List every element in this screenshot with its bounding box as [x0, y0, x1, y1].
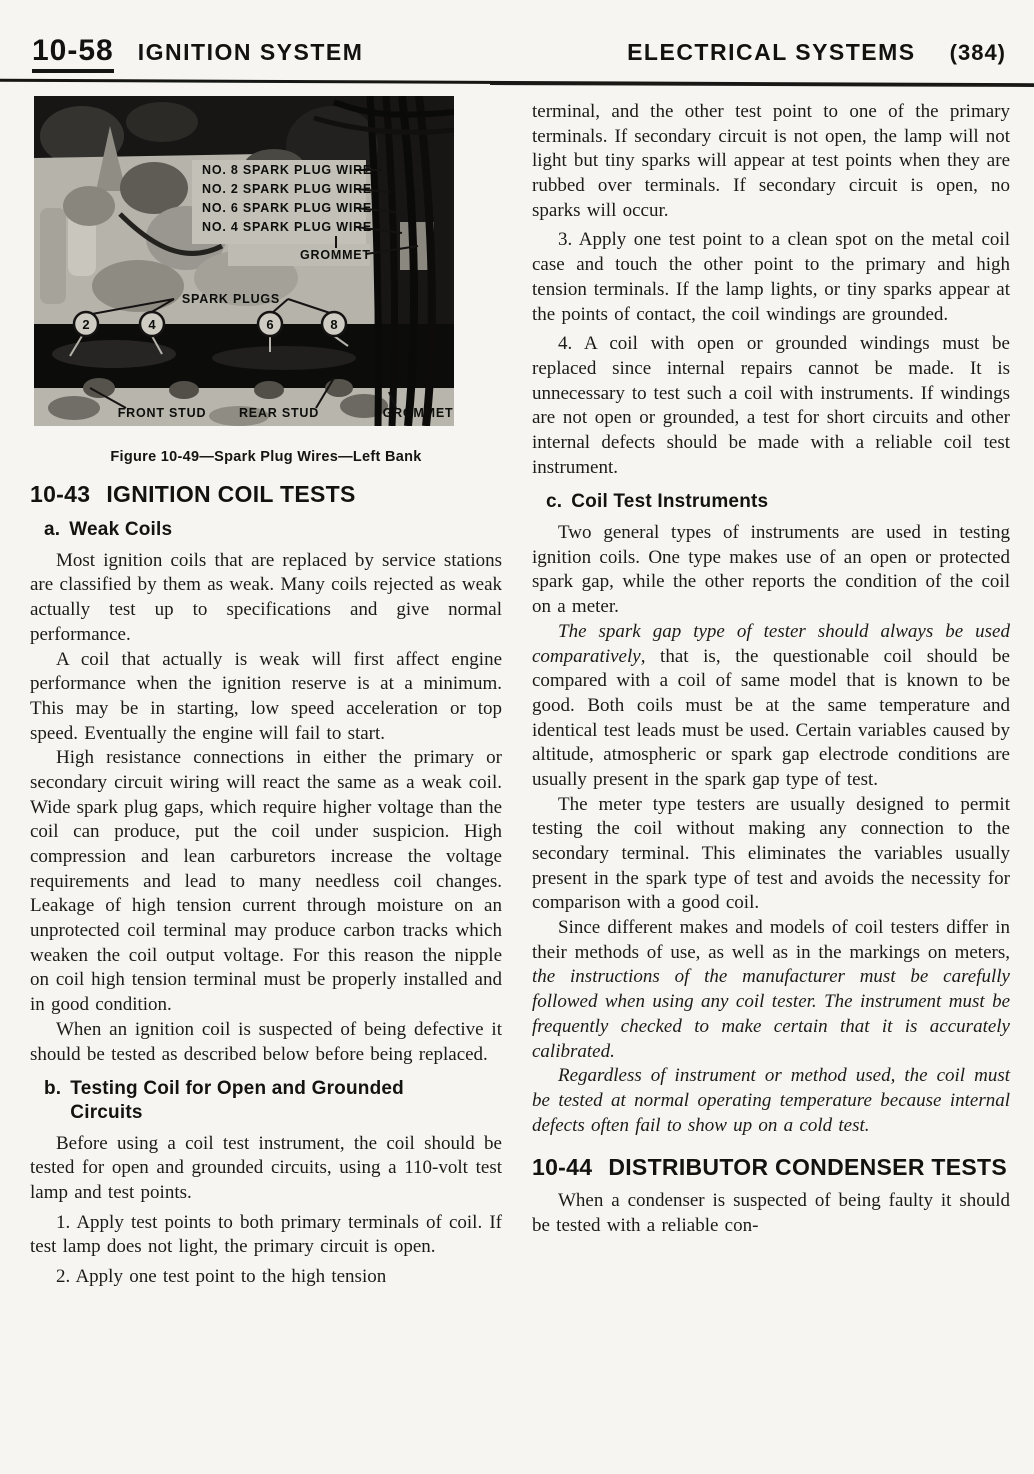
paragraph-condenser: When a condenser is suspected of being f…	[532, 1189, 1010, 1238]
label-no4-wire: NO. 4 SPARK PLUG WIRE	[202, 220, 372, 234]
header-right-title: ELECTRICAL SYSTEMS	[627, 39, 916, 66]
subsection-letter: c.	[546, 490, 562, 514]
paragraph-spark-gap: The spark gap type of tester should alwa…	[532, 620, 1010, 793]
label-grommet-top: GROMMET	[300, 248, 371, 262]
plug-number-2: 2	[82, 317, 89, 332]
left-column: NO. 8 SPARK PLUG WIRE NO. 2 SPARK PLUG W…	[30, 96, 502, 1290]
subsection-title: Weak Coils	[69, 518, 172, 542]
numbered-step-2-continuation: terminal, and the other test point to on…	[532, 100, 1010, 223]
page-number: 10-58	[32, 34, 114, 73]
subsection-c-heading: c. Coil Test Instruments	[546, 490, 1010, 514]
section-heading-10-43: 10-43 IGNITION COIL TESTS	[30, 481, 502, 508]
plug-number-4: 4	[148, 317, 156, 332]
numbered-step-1: 1. Apply test points to both primary ter…	[30, 1211, 502, 1260]
header-left-title: IGNITION SYSTEM	[138, 39, 364, 66]
header-page-ref: (384)	[950, 40, 1006, 66]
section-number: 10-44	[532, 1154, 592, 1181]
section-number: 10-43	[30, 481, 90, 508]
plug-number-8: 8	[330, 317, 337, 332]
italic-emphasis: the instructions of the manufacturer mus…	[532, 966, 1010, 1061]
paragraph-weak-coils-3: High resistance connections in either th…	[30, 746, 502, 1018]
spark-plug-wires-photo: NO. 8 SPARK PLUG WIRE NO. 2 SPARK PLUG W…	[34, 96, 454, 426]
paragraph-regardless: Regardless of instrument or method used,…	[532, 1064, 1010, 1138]
manual-page: 10-58 IGNITION SYSTEM ELECTRICAL SYSTEMS…	[0, 0, 1034, 1474]
page-header: 10-58 IGNITION SYSTEM ELECTRICAL SYSTEMS…	[32, 34, 1006, 73]
label-spark-plugs: SPARK PLUGS	[182, 292, 280, 306]
label-no8-wire: NO. 8 SPARK PLUG WIRE	[202, 163, 372, 177]
subsection-title: Testing Coil for Open and Grounded Circu…	[70, 1077, 470, 1125]
paragraph-two-types: Two general types of instruments are use…	[532, 521, 1010, 620]
paragraph-spark-gap-rest: , that is, the questionable coil should …	[532, 646, 1010, 790]
subsection-letter: b.	[44, 1077, 61, 1125]
header-left: 10-58 IGNITION SYSTEM	[32, 34, 363, 73]
label-no6-wire: NO. 6 SPARK PLUG WIRE	[202, 201, 372, 215]
paragraph-test-lamp: Before using a coil test instrument, the…	[30, 1132, 502, 1206]
section-title: IGNITION COIL TESTS	[106, 481, 355, 508]
paragraph-weak-coils-4: When an ignition coil is suspected of be…	[30, 1018, 502, 1067]
label-no2-wire: NO. 2 SPARK PLUG WIRE	[202, 182, 372, 196]
paragraph-weak-coils-1: Most ignition coils that are replaced by…	[30, 549, 502, 648]
right-column: terminal, and the other test point to on…	[532, 100, 1010, 1239]
figure-caption: Figure 10-49—Spark Plug Wires—Left Bank	[36, 449, 496, 465]
label-grommet-bottom: GROMMET	[383, 406, 454, 420]
paragraph-weak-coils-2: A coil that actually is weak will first …	[30, 648, 502, 747]
subsection-a-heading: a. Weak Coils	[44, 518, 502, 542]
figure-10-49: NO. 8 SPARK PLUG WIRE NO. 2 SPARK PLUG W…	[34, 96, 502, 431]
section-heading-10-44: 10-44 DISTRIBUTOR CONDENSER TESTS	[532, 1154, 1010, 1181]
paragraph-since-different: Since different makes and models of coil…	[532, 916, 1010, 1064]
numbered-step-4: 4. A coil with open or grounded windings…	[532, 332, 1010, 480]
plug-number-6: 6	[266, 317, 273, 332]
subsection-title: Coil Test Instruments	[571, 490, 768, 514]
numbered-step-3: 3. Apply one test point to a clean spot …	[532, 228, 1010, 327]
numbered-step-2-start: 2. Apply one test point to the high tens…	[30, 1265, 502, 1290]
label-front-stud: FRONT STUD	[118, 406, 207, 420]
header-right: ELECTRICAL SYSTEMS (384)	[627, 39, 1006, 66]
paragraph-meter-testers: The meter type testers are usually desig…	[532, 793, 1010, 916]
section-title: DISTRIBUTOR CONDENSER TESTS	[608, 1154, 1007, 1181]
label-rear-stud: REAR STUD	[239, 406, 319, 420]
subsection-b-heading: b. Testing Coil for Open and Grounded Ci…	[44, 1077, 502, 1125]
subsection-letter: a.	[44, 518, 60, 542]
paragraph-since-lead: Since different makes and models of coil…	[532, 917, 1010, 963]
